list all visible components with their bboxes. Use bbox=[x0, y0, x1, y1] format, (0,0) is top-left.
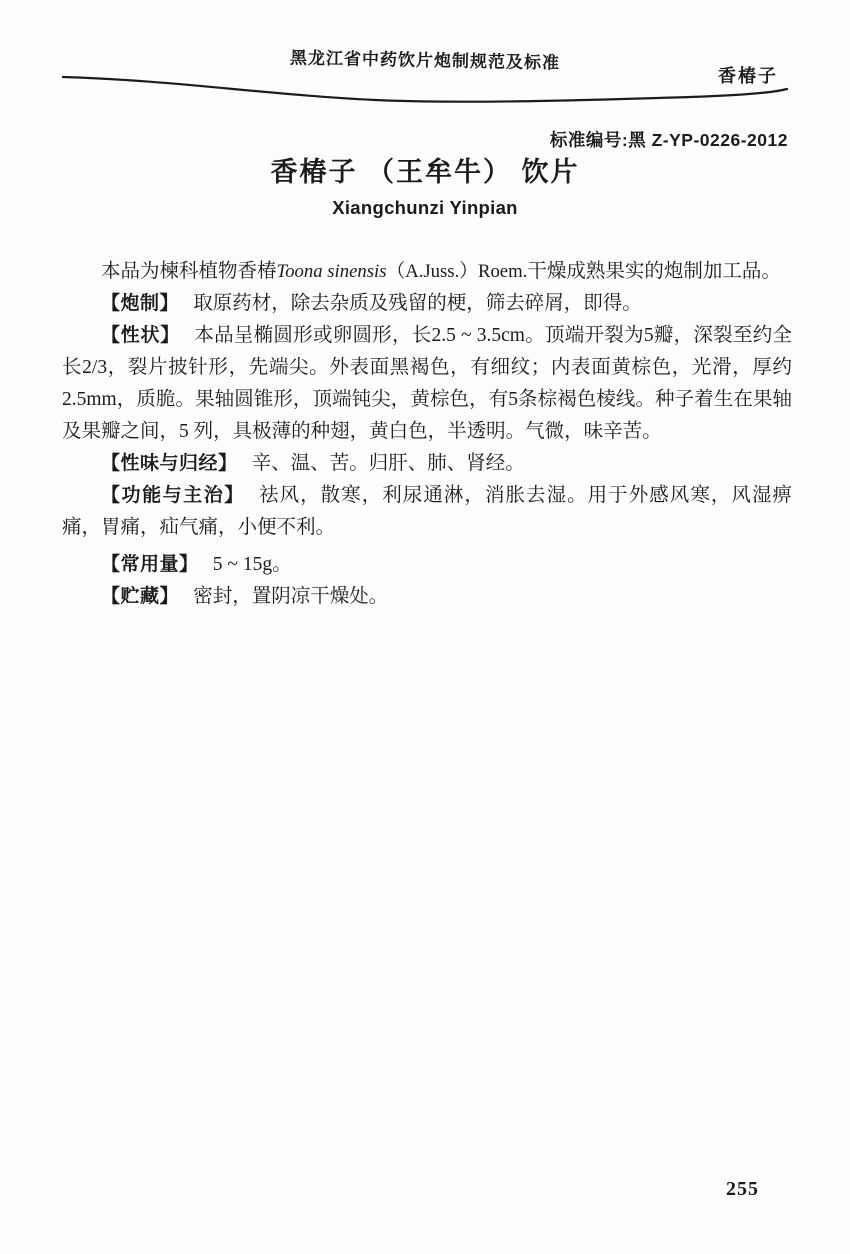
section-paozhi: 【炮制】取原药材，除去杂质及残留的梗，筛去碎屑，即得。 bbox=[62, 288, 792, 320]
section-heading: 【性状】 bbox=[101, 325, 180, 346]
intro-text-after-latin: 干燥成熟果实的炮制加工品。 bbox=[527, 261, 781, 282]
section-text: 取原药材，除去杂质及残留的梗，筛去碎屑，即得。 bbox=[193, 293, 642, 314]
section-text: 辛、温、苦。归肝、肺、肾经。 bbox=[252, 453, 525, 474]
intro-paragraph: 本品为楝科植物香椿Toona sinensis（A.Juss.）Roem.干燥成… bbox=[62, 256, 792, 288]
pinyin-title: Xiangchunzi Yinpian bbox=[0, 197, 850, 219]
section-heading: 【常用量】 bbox=[101, 554, 199, 575]
monograph-body: 本品为楝科植物香椿Toona sinensis（A.Juss.）Roem.干燥成… bbox=[62, 256, 792, 613]
section-gongneng-zhuzhi: 【功能与主治】祛风，散寒，利尿通淋，消胀去湿。用于外感风寒，风湿痹痛，胃痛，疝气… bbox=[62, 480, 792, 544]
section-xingwei-guijing: 【性味与归经】辛、温、苦。归肝、肺、肾经。 bbox=[62, 448, 792, 480]
section-heading: 【贮藏】 bbox=[101, 586, 179, 607]
section-heading: 【炮制】 bbox=[101, 293, 179, 314]
standard-number: 标准编号:黑 Z-YP-0226-2012 bbox=[550, 127, 788, 152]
section-text: 密封，置阴凉干燥处。 bbox=[193, 586, 388, 607]
latin-authority: （A.Juss.）Roem. bbox=[387, 261, 528, 282]
latin-binomial: Toona sinensis bbox=[277, 261, 387, 282]
document-page: 黑龙江省中药饮片炮制规范及标准 香椿子 标准编号:黑 Z-YP-0226-201… bbox=[0, 0, 850, 1254]
section-xingzhuang: 【性状】本品呈椭圆形或卵圆形，长2.5 ~ 3.5cm。顶端开裂为5瓣，深裂至约… bbox=[62, 320, 792, 448]
intro-text-before-latin: 本品为楝科植物香椿 bbox=[101, 261, 277, 282]
section-zhucang: 【贮藏】密封，置阴凉干燥处。 bbox=[62, 581, 792, 613]
page-number: 255 bbox=[726, 1178, 759, 1201]
section-text: 5 ~ 15g。 bbox=[213, 554, 292, 575]
section-heading: 【性味与归经】 bbox=[101, 453, 238, 474]
section-heading: 【功能与主治】 bbox=[101, 485, 245, 506]
header-herb-name: 香椿子 bbox=[718, 62, 778, 88]
section-changyongliang: 【常用量】5 ~ 15g。 bbox=[62, 549, 792, 581]
page-title: 香椿子 （王牟牛） 饮片 bbox=[0, 150, 850, 189]
